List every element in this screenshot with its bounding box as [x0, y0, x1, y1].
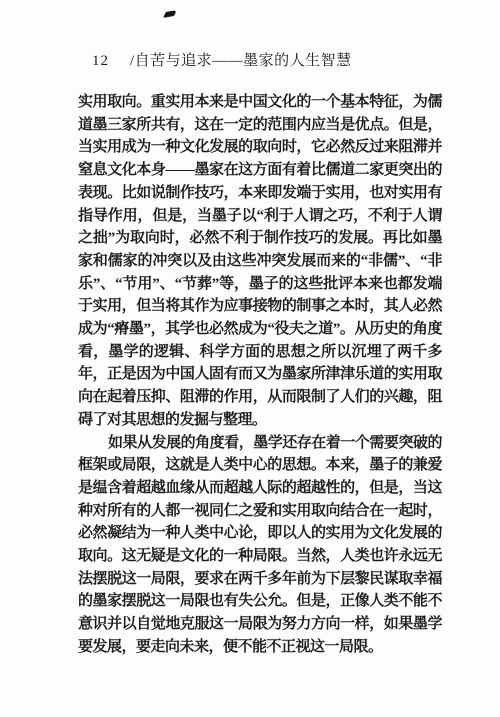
running-title: /自苦与追求——墨家的人生智慧 [130, 49, 352, 70]
ink-speck-artifact [163, 10, 177, 18]
page-number: 12 [92, 53, 109, 70]
book-page: 12 /自苦与追求——墨家的人生智慧 实用取向。重实用本来是中国文化的一个基本特… [0, 0, 500, 717]
text-paragraph: 实用取向。重实用本来是中国文化的一个基本特征，为儒道墨三家所共有，这在一定的范围… [78, 91, 442, 432]
page-body: 实用取向。重实用本来是中国文化的一个基本特征，为儒道墨三家所共有，这在一定的范围… [78, 91, 442, 659]
page-header: 12 /自苦与追求——墨家的人生智慧 [92, 49, 440, 70]
text-paragraph: 如果从发展的角度看，墨学还存在着一个需要突破的框架或局限，这就是人类中心的思想。… [78, 432, 442, 659]
